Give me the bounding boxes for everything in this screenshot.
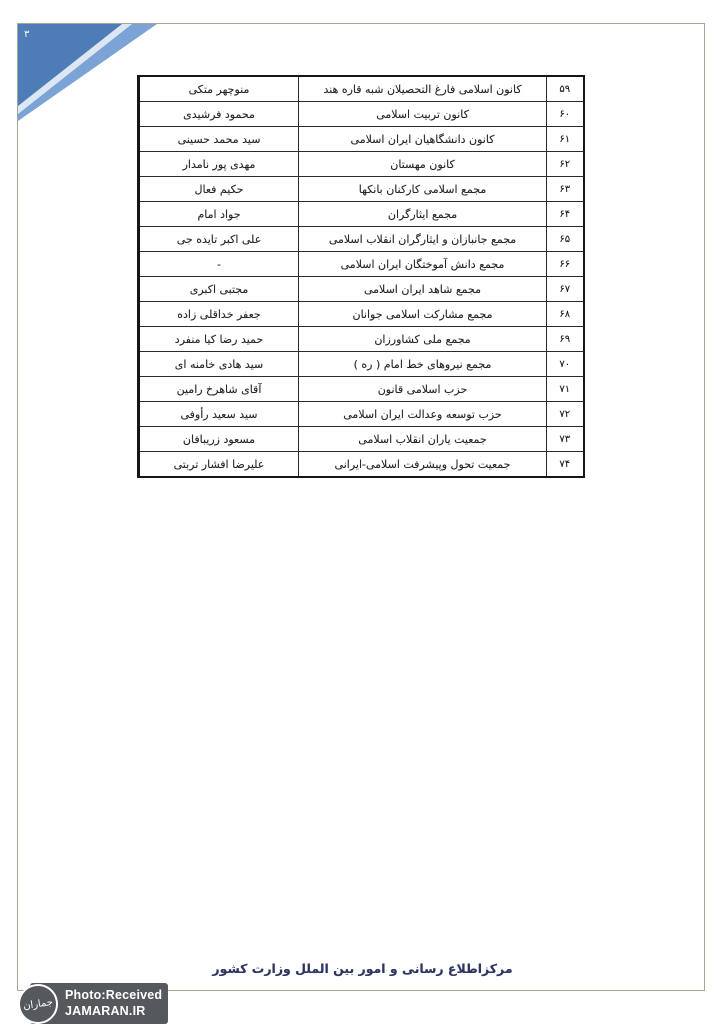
person-name-cell: سید هادی خامنه ای [139, 352, 299, 377]
person-name-cell: - [139, 252, 299, 277]
person-name-cell: علیرضا افشار تربتی [139, 452, 299, 478]
person-name-cell: مسعود زریبافان [139, 427, 299, 452]
row-number-cell: ۶۵ [547, 227, 584, 252]
watermark-photo-received: Photo:Received [65, 988, 162, 1004]
jamaran-watermark: جماران Photo:Received JAMARAN.IR [30, 983, 168, 1024]
row-number-cell: ۶۹ [547, 327, 584, 352]
row-number-cell: ۷۳ [547, 427, 584, 452]
row-number-cell: ۷۱ [547, 377, 584, 402]
organization-cell: مجمع ملی کشاورزان [299, 327, 547, 352]
row-number-cell: ۶۱ [547, 127, 584, 152]
table-row: ۶۰ کانون تربیت اسلامی محمود فرشیدی [139, 102, 584, 127]
page-number: ۳ [24, 30, 29, 40]
person-name-cell: حکیم فعال [139, 177, 299, 202]
table-row: ۶۴ مجمع ایثارگران جواد امام [139, 202, 584, 227]
footer-title: مرکزاطلاع رسانی و امور بین الملل وزارت ک… [0, 961, 725, 976]
table-row: ۶۷ مجمع شاهد ایران اسلامی مجتبی اکبری [139, 277, 584, 302]
row-number-cell: ۷۴ [547, 452, 584, 478]
organization-cell: کانون تربیت اسلامی [299, 102, 547, 127]
table-row: ۷۱ حزب اسلامی قانون آقای شاهرخ رامین [139, 377, 584, 402]
table-row: ۶۸ مجمع مشارکت اسلامی جوانان جعفر خداقلی… [139, 302, 584, 327]
organization-cell: مجمع جانبازان و ایثارگران انقلاب اسلامی [299, 227, 547, 252]
person-name-cell: مهدی پور نامدار [139, 152, 299, 177]
row-number-cell: ۶۳ [547, 177, 584, 202]
person-name-cell: آقای شاهرخ رامین [139, 377, 299, 402]
organization-cell: مجمع نیروهای خط امام ( ره ) [299, 352, 547, 377]
person-name-cell: سید محمد حسینی [139, 127, 299, 152]
row-number-cell: ۷۲ [547, 402, 584, 427]
jamaran-logo-calligraphy: جماران [22, 996, 53, 1011]
person-name-cell: علی اکبر تایده جی [139, 227, 299, 252]
person-name-cell: منوچهر متکی [139, 76, 299, 102]
organization-cell: مجمع ایثارگران [299, 202, 547, 227]
row-number-cell: ۶۴ [547, 202, 584, 227]
person-name-cell: جعفر خداقلی زاده [139, 302, 299, 327]
organization-cell: مجمع شاهد ایران اسلامی [299, 277, 547, 302]
table-row: ۵۹ کانون اسلامی فارغ التحصیلان شبه قاره … [139, 76, 584, 102]
table-row: ۷۳ جمعیت یاران انقلاب اسلامی مسعود زریبا… [139, 427, 584, 452]
person-name-cell: محمود فرشیدی [139, 102, 299, 127]
organization-cell: مجمع مشارکت اسلامی جوانان [299, 302, 547, 327]
organizations-table: ۵۹ کانون اسلامی فارغ التحصیلان شبه قاره … [137, 75, 585, 478]
row-number-cell: ۵۹ [547, 76, 584, 102]
organization-cell: کانون اسلامی فارغ التحصیلان شبه قاره هند [299, 76, 547, 102]
row-number-cell: ۶۲ [547, 152, 584, 177]
row-number-cell: ۶۷ [547, 277, 584, 302]
row-number-cell: ۷۰ [547, 352, 584, 377]
table-row: ۶۶ مجمع دانش آموختگان ایران اسلامی - [139, 252, 584, 277]
organization-cell: کانون مهستان [299, 152, 547, 177]
organization-cell: حزب اسلامی قانون [299, 377, 547, 402]
organization-cell: حزب توسعه وعدالت ایران اسلامی [299, 402, 547, 427]
table-row: ۷۰ مجمع نیروهای خط امام ( ره ) سید هادی … [139, 352, 584, 377]
person-name-cell: حمید رضا کیا منفرد [139, 327, 299, 352]
table-row: ۷۴ جمعیت تحول وپیشرفت اسلامی-ایرانی علیر… [139, 452, 584, 478]
row-number-cell: ۶۸ [547, 302, 584, 327]
person-name-cell: مجتبی اکبری [139, 277, 299, 302]
row-number-cell: ۶۶ [547, 252, 584, 277]
organization-cell: مجمع اسلامی کارکنان بانکها [299, 177, 547, 202]
person-name-cell: جواد امام [139, 202, 299, 227]
table-row: ۶۱ کانون دانشگاهیان ایران اسلامی سید محم… [139, 127, 584, 152]
organization-cell: جمعیت تحول وپیشرفت اسلامی-ایرانی [299, 452, 547, 478]
person-name-cell: سید سعید رأوفی [139, 402, 299, 427]
row-number-cell: ۶۰ [547, 102, 584, 127]
organization-cell: مجمع دانش آموختگان ایران اسلامی [299, 252, 547, 277]
table-row: ۷۲ حزب توسعه وعدالت ایران اسلامی سید سعی… [139, 402, 584, 427]
organization-cell: کانون دانشگاهیان ایران اسلامی [299, 127, 547, 152]
watermark-site-name: JAMARAN.IR [65, 1004, 162, 1020]
table-row: ۶۲ کانون مهستان مهدی پور نامدار [139, 152, 584, 177]
table-row: ۶۳ مجمع اسلامی کارکنان بانکها حکیم فعال [139, 177, 584, 202]
table-row: ۶۵ مجمع جانبازان و ایثارگران انقلاب اسلا… [139, 227, 584, 252]
table-row: ۶۹ مجمع ملی کشاورزان حمید رضا کیا منفرد [139, 327, 584, 352]
organization-cell: جمعیت یاران انقلاب اسلامی [299, 427, 547, 452]
